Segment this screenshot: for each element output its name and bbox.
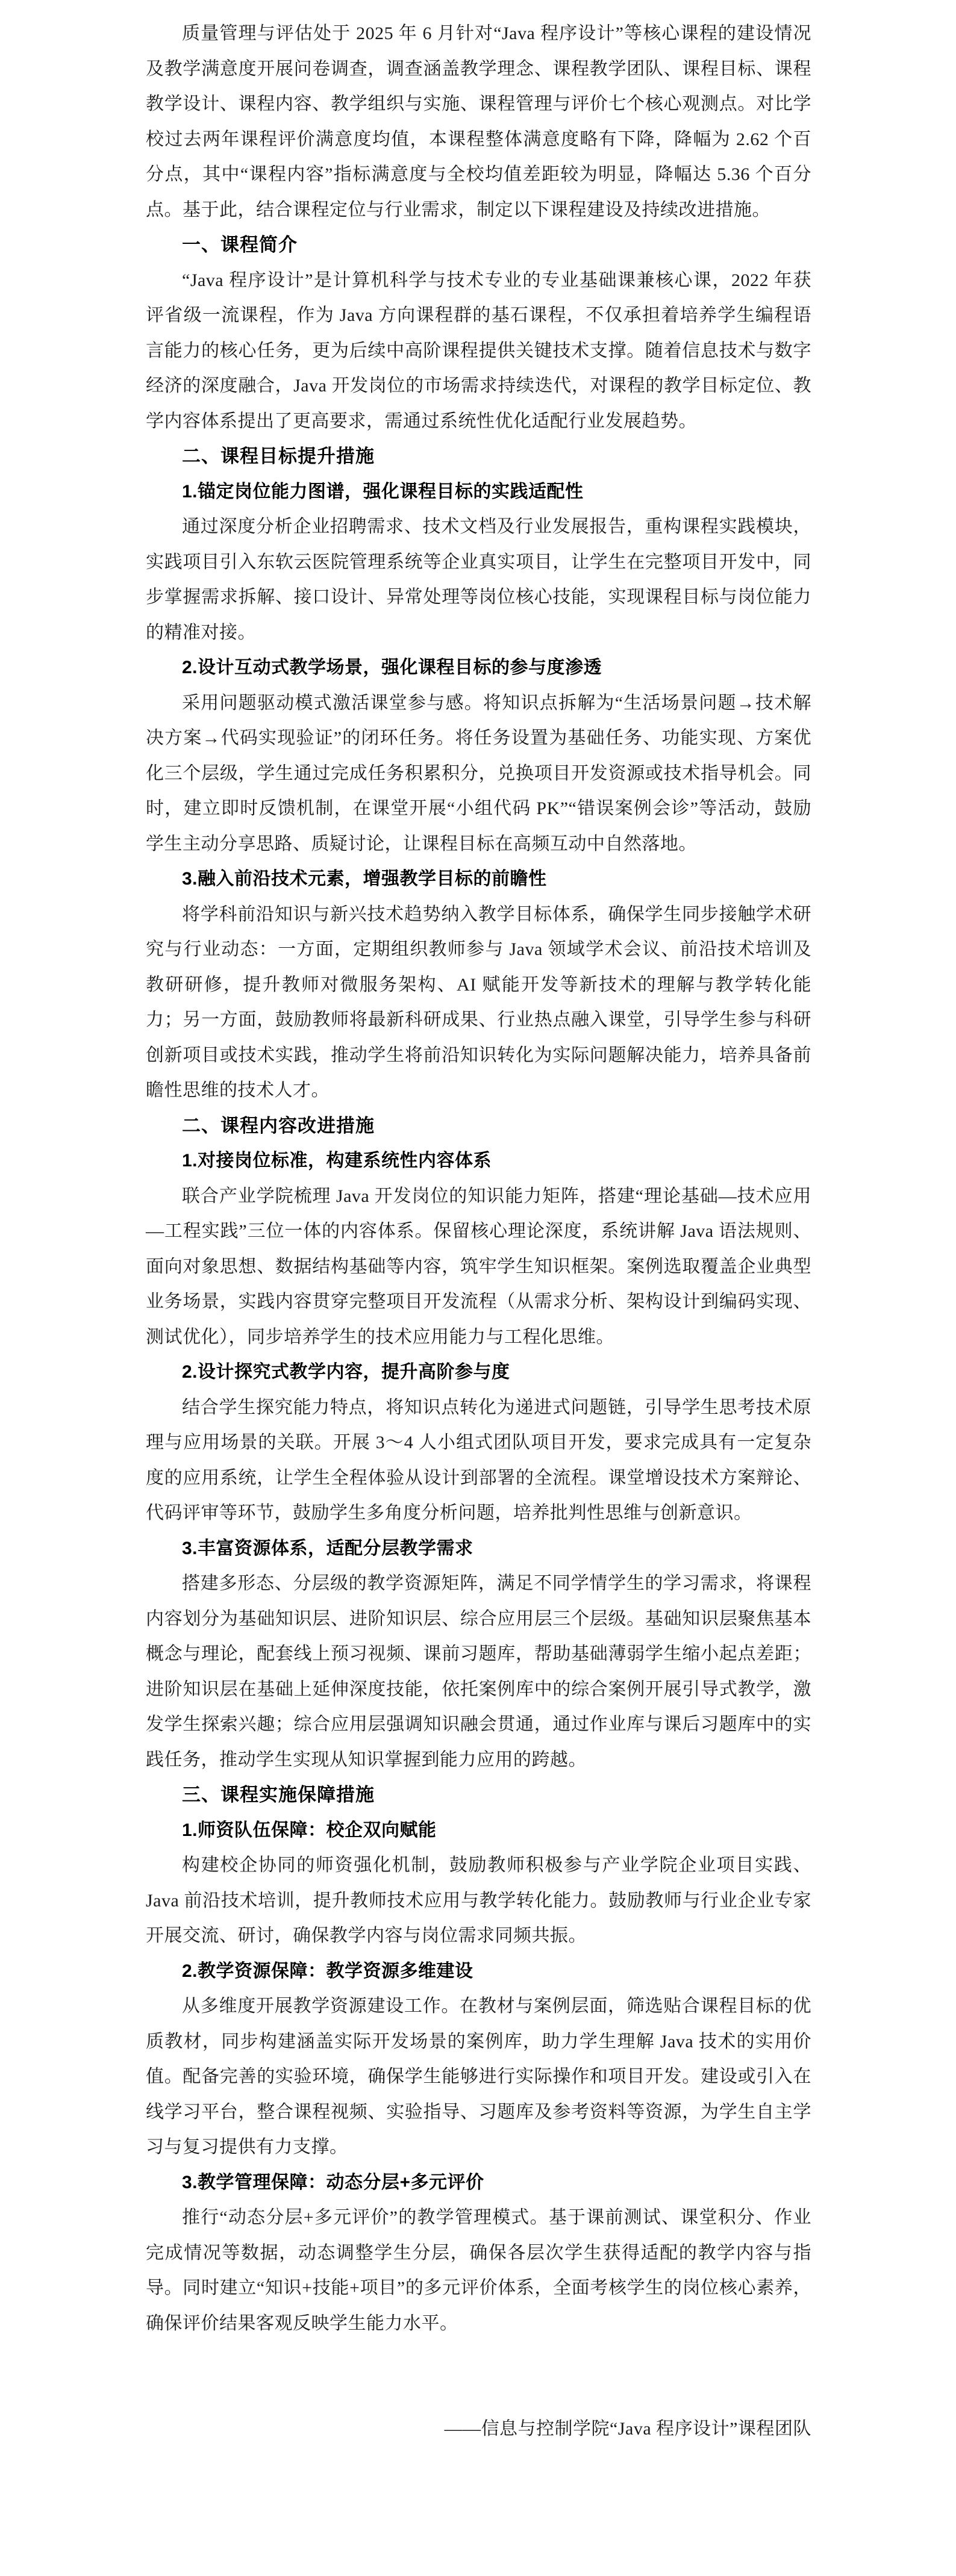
paragraph-goal-2: 采用问题驱动模式激活课堂参与感。将知识点拆解为“生活场景问题→技术解决方案→代码… (146, 686, 811, 862)
document-page: 质量管理与评估处于 2025 年 6 月针对“Java 程序设计”等核心课程的建… (0, 0, 956, 2576)
sub-heading-content-1: 1.对接岗位标准，构建系统性内容体系 (146, 1143, 811, 1179)
sub-heading-content-2: 2.设计探究式教学内容，提升高阶参与度 (146, 1355, 811, 1390)
sub-heading-content-3: 3.丰富资源体系，适配分层教学需求 (146, 1531, 811, 1567)
section-heading-content-measures: 二、课程内容改进措施 (146, 1109, 811, 1144)
sub-heading-implementation-2: 2.教学资源保障：教学资源多维建设 (146, 1954, 811, 1990)
section-heading-implementation: 三、课程实施保障措施 (146, 1778, 811, 1813)
paragraph-implementation-1: 构建校企协同的师资强化机制，鼓励教师积极参与产业学院企业项目实践、Java 前沿… (146, 1848, 811, 1954)
section-heading-goal-measures: 二、课程目标提升措施 (146, 439, 811, 474)
sub-heading-goal-1: 1.锚定岗位能力图谱，强化课程目标的实践适配性 (146, 474, 811, 510)
paragraph-implementation-3: 推行“动态分层+多元评价”的教学管理模式。基于课前测试、课堂积分、作业完成情况等… (146, 2200, 811, 2341)
paragraph-implementation-2: 从多维度开展教学资源建设工作。在教材与案例层面，筛选贴合课程目标的优质教材，同步… (146, 1989, 811, 2165)
paragraph-course-intro: “Java 程序设计”是计算机科学与技术专业的专业基础课兼核心课，2022 年获… (146, 263, 811, 440)
sub-heading-implementation-3: 3.教学管理保障：动态分层+多元评价 (146, 2165, 811, 2201)
sub-heading-goal-3: 3.融入前沿技术元素，增强教学目标的前瞻性 (146, 862, 811, 897)
paragraph-content-2: 结合学生探究能力特点，将知识点转化为递进式问题链，引导学生思考技术原理与应用场景… (146, 1390, 811, 1531)
section-heading-course-intro: 一、课程简介 (146, 228, 811, 263)
paragraph-goal-1: 通过深度分析企业招聘需求、技术文档及行业发展报告，重构课程实践模块，实践项目引入… (146, 509, 811, 650)
sub-heading-implementation-1: 1.师资队伍保障：校企双向赋能 (146, 1813, 811, 1849)
sub-heading-goal-2: 2.设计互动式教学场景，强化课程目标的参与度渗透 (146, 650, 811, 686)
signature-line: ——信息与控制学院“Java 程序设计”课程团队 (146, 2412, 811, 2447)
paragraph-content-1: 联合产业学院梳理 Java 开发岗位的知识能力矩阵，搭建“理论基础—技术应用—工… (146, 1179, 811, 1355)
paragraph-content-3: 搭建多形态、分层级的教学资源矩阵，满足不同学情学生的学习需求，将课程内容划分为基… (146, 1566, 811, 1778)
intro-paragraph: 质量管理与评估处于 2025 年 6 月针对“Java 程序设计”等核心课程的建… (146, 16, 811, 228)
paragraph-goal-3: 将学科前沿知识与新兴技术趋势纳入教学目标体系，确保学生同步接触学术研究与行业动态… (146, 897, 811, 1109)
